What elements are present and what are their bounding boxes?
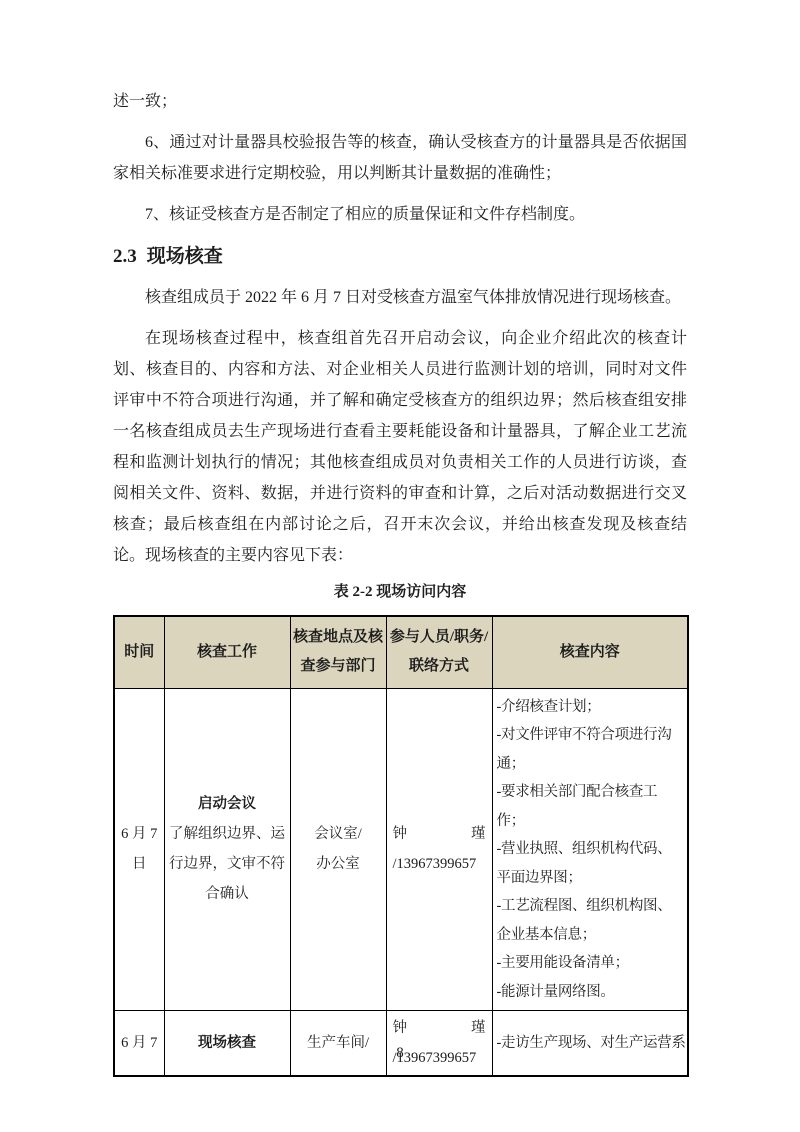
content-item: -介绍核查计划； (497, 693, 684, 722)
content-item: -工艺流程图、组织机构图、企业基本信息； (497, 892, 684, 949)
site-visit-table: 时间 核查工作 核查地点及核查参与部门 参与人员/职务/联络方式 核查内容 6 … (113, 615, 689, 1077)
work-title: 启动会议 (168, 789, 287, 819)
cell-content: -介绍核查计划； -对文件评审不符合项进行沟通； -要求相关部门配合核查工作； … (492, 688, 688, 1011)
col-header-location: 核查地点及核查参与部门 (290, 616, 386, 688)
col-header-content: 核查内容 (492, 616, 688, 688)
cell-time: 6 月 7 日 (114, 688, 164, 1011)
person-name-left: 钟 (393, 1013, 408, 1043)
person-name: 钟 瑾 (393, 1013, 486, 1043)
person-phone: /13967399657 (393, 849, 486, 879)
work-description: 了解组织边界、运行边界，文审不符合确认 (168, 819, 287, 909)
section-title: 现场核查 (147, 246, 223, 267)
content-item: -主要用能设备清单； (497, 949, 684, 978)
table-caption: 表 2-2 现场访问内容 (113, 581, 687, 603)
person-name-left: 钟 (393, 819, 408, 849)
person-name: 钟 瑾 (393, 819, 486, 849)
person-name-right: 瑾 (471, 1013, 486, 1043)
section-number: 2.3 (113, 246, 137, 267)
content-item: -对文件评审不符合项进行沟通； (497, 721, 684, 778)
person-name-right: 瑾 (471, 819, 486, 849)
location-line: 办公室 (294, 849, 383, 879)
col-header-participants: 参与人员/职务/联络方式 (386, 616, 492, 688)
paragraph-item-6: 6、通过对计量器具校验报告等的核查，确认受核查方的计量器具是否依据国家相关标准要… (113, 127, 687, 189)
cell-work: 启动会议 了解组织边界、运行边界，文审不符合确认 (164, 688, 290, 1011)
section-heading: 2.3现场核查 (113, 244, 687, 270)
document-page: 述一致； 6、通过对计量器具校验报告等的核查，确认受核查方的计量器具是否依据国家… (0, 0, 800, 1132)
table-header-row: 时间 核查工作 核查地点及核查参与部门 参与人员/职务/联络方式 核查内容 (114, 616, 688, 688)
paragraph-site-visit-date: 核查组成员于 2022 年 6 月 7 日对受核查方温室气体排放情况进行现场核查… (113, 282, 687, 313)
paragraph-continuation: 述一致； (113, 86, 687, 117)
cell-location: 会议室/ 办公室 (290, 688, 386, 1011)
col-header-work: 核查工作 (164, 616, 290, 688)
paragraph-site-visit-process: 在现场核查过程中，核查组首先召开启动会议，向企业介绍此次的核查计划、核查目的、内… (113, 323, 687, 571)
content-item: -能源计量网络图。 (497, 978, 684, 1007)
content-item: -营业执照、组织机构代码、平面边界图； (497, 835, 684, 892)
cell-person: 钟 瑾 /13967399657 (386, 688, 492, 1011)
content-item: -要求相关部门配合核查工作； (497, 778, 684, 835)
col-header-time: 时间 (114, 616, 164, 688)
table-row: 6 月 7 日 启动会议 了解组织边界、运行边界，文审不符合确认 会议室/ 办公… (114, 688, 688, 1011)
paragraph-item-7: 7、核证受核查方是否制定了相应的质量保证和文件存档制度。 (113, 199, 687, 230)
page-number: 8 (0, 1042, 800, 1064)
location-line: 会议室/ (294, 819, 383, 849)
page-content: 述一致； 6、通过对计量器具校验报告等的核查，确认受核查方的计量器具是否依据国家… (113, 86, 687, 1077)
